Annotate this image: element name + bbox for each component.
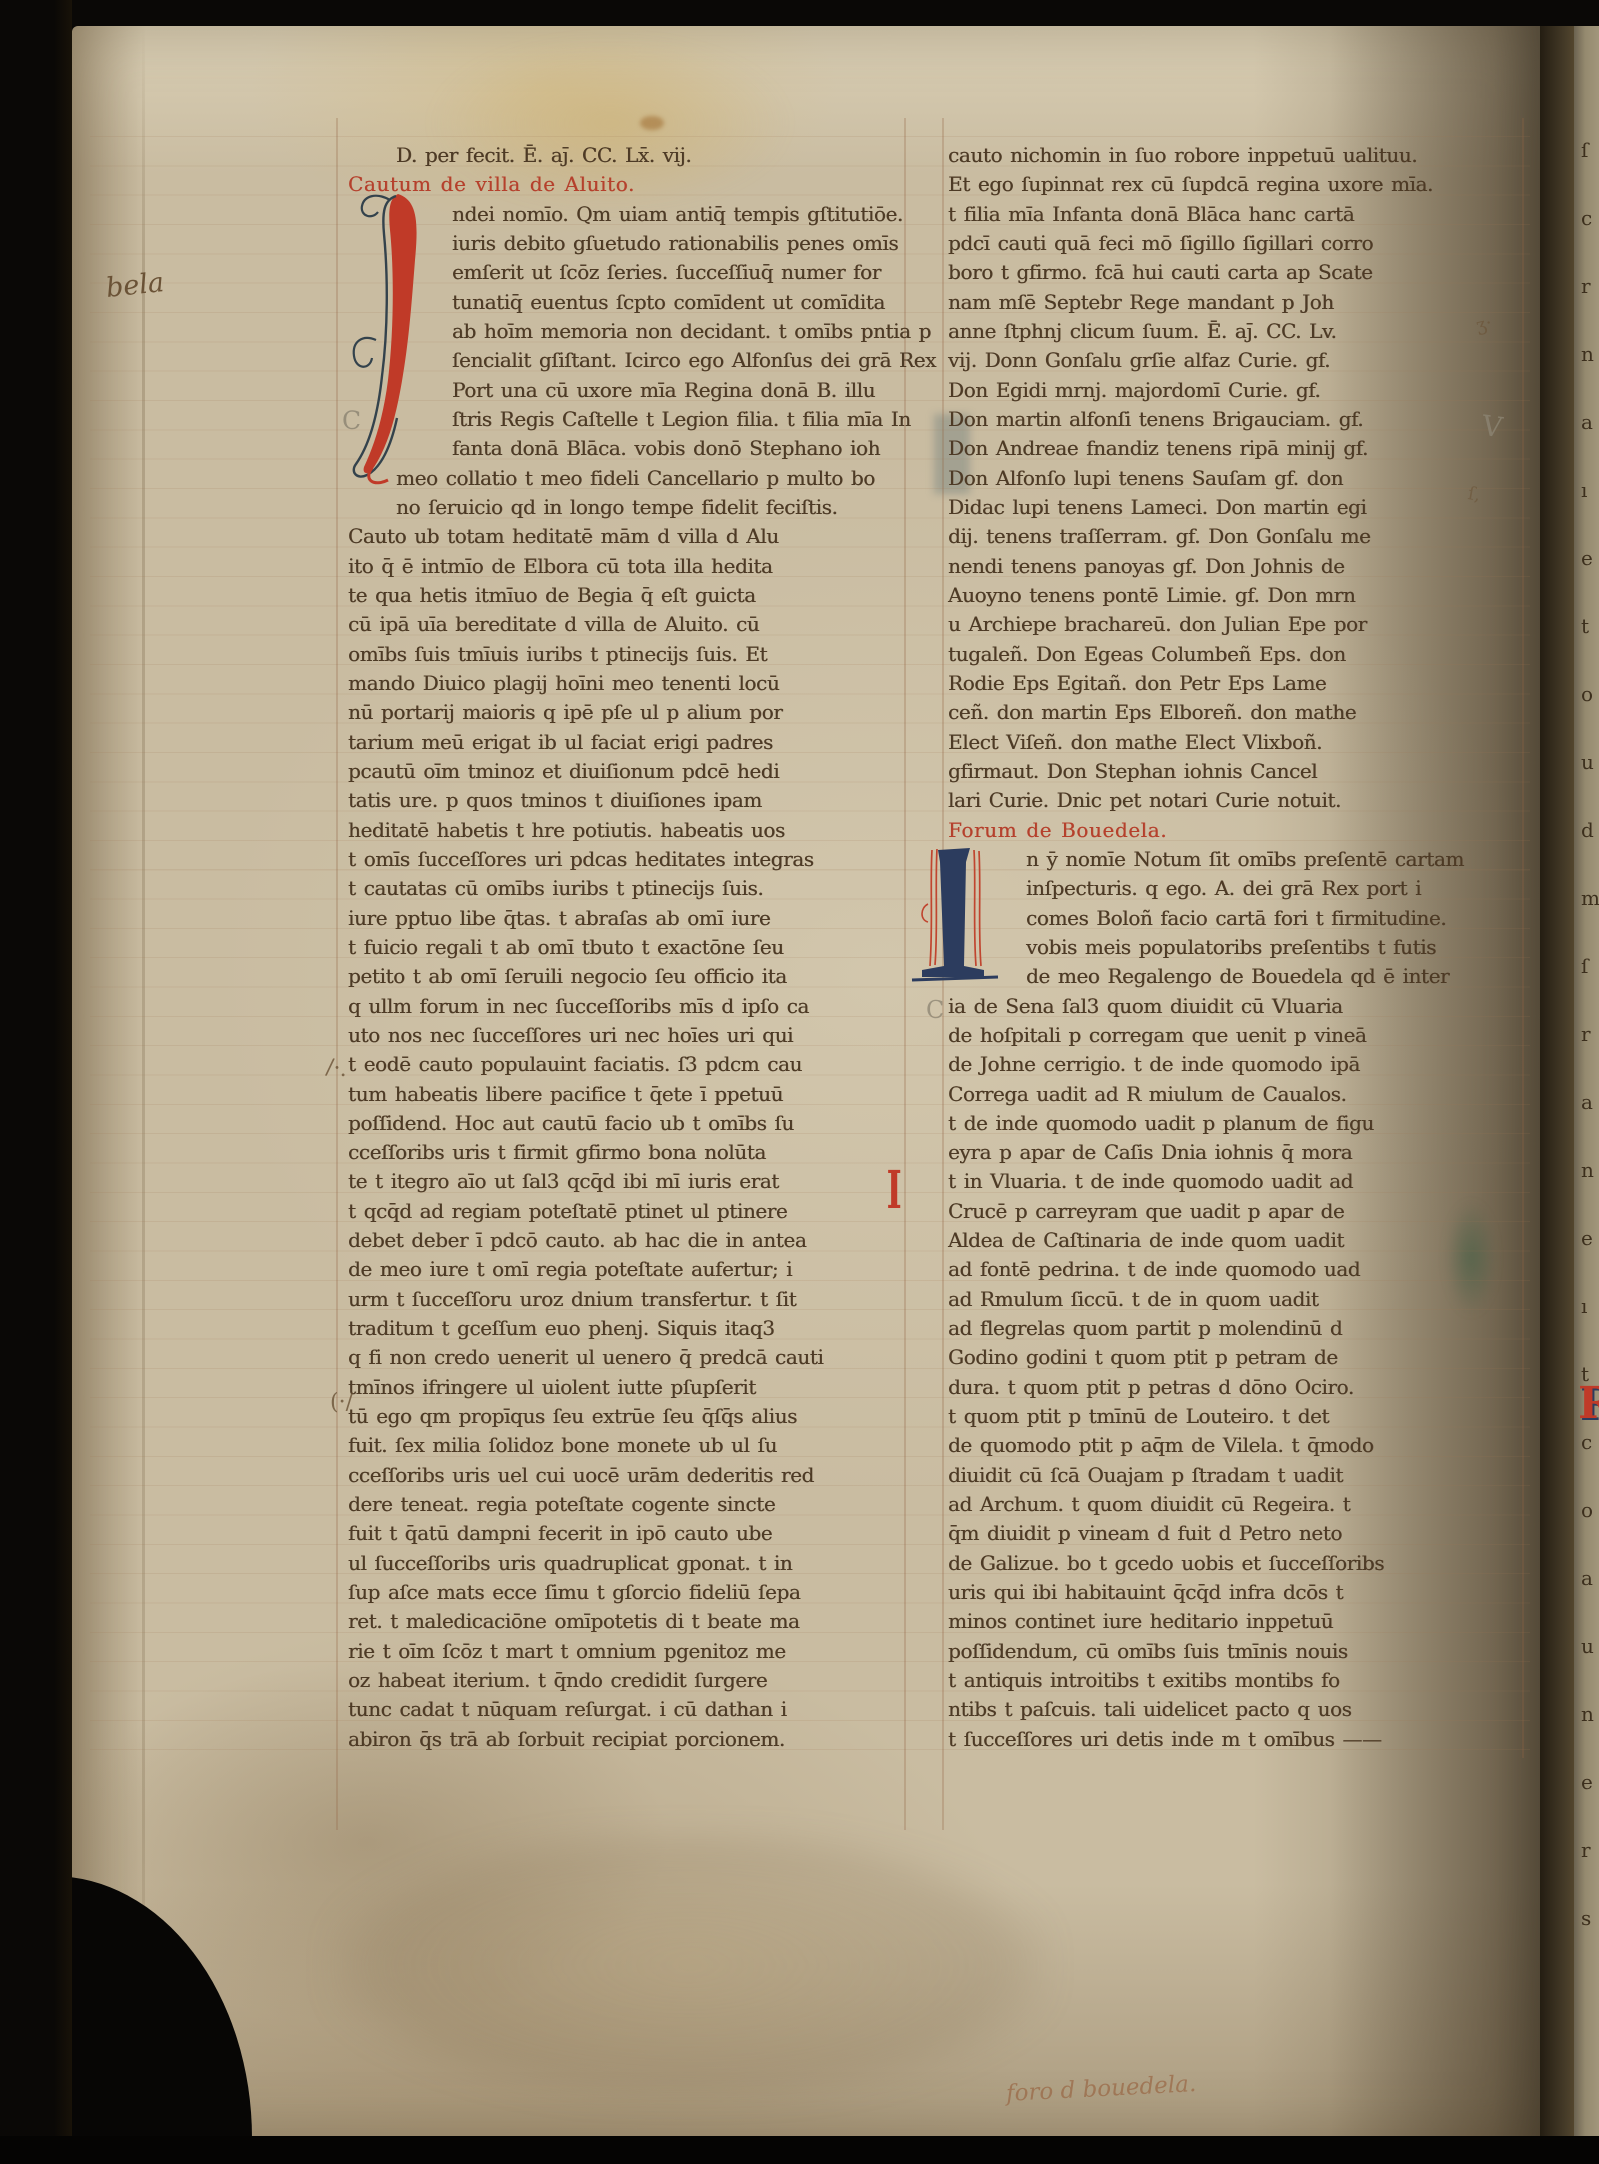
manuscript-photo: D. per fecit. Ē. aj̄. CC. Lx̄. vij.Cautu… [0, 0, 1599, 2164]
edge-glyph-fragment: ſ [1574, 116, 1599, 184]
next-folio-initial: R [1578, 1378, 1599, 1429]
decorated-initial-I-red [346, 190, 448, 492]
manuscript-line: Elect Viſeñ. don mathe Elect Vlixboñ. [948, 728, 1526, 757]
manuscript-line: vobis meis populatoribs preſentibs t fut… [948, 933, 1526, 962]
manuscript-line: comes Boloñ facio cartā fori t firmitudi… [948, 904, 1526, 933]
margin-note-bela: bela [105, 267, 166, 304]
edge-glyph-fragment: u [1574, 728, 1599, 796]
edge-glyph-fragment: u [1574, 1612, 1599, 1680]
edge-glyph-fragment: r [1574, 1000, 1599, 1068]
manuscript-line: te t itegro aīo ut ſal3 qcq̄d ibi mī iur… [348, 1167, 908, 1196]
column-rule-left-outer [336, 118, 338, 1830]
manuscript-line: heditatē habetis t hre potiutis. habeati… [348, 816, 908, 845]
edge-glyph-fragment: n [1574, 1136, 1599, 1204]
edge-glyph-fragment: a [1574, 1544, 1599, 1612]
manuscript-line: u Archiepe brachareū. don Julian Epe por [948, 610, 1526, 639]
manuscript-line: Auoyno tenens pontē Limie. gf. Don mrn [948, 581, 1526, 610]
manuscript-line: de hoſpitali p corregam que uenit p vine… [948, 1021, 1526, 1050]
manuscript-line: boro t gfirmo. fcā hui cauti carta ap Sc… [948, 258, 1526, 287]
manuscript-line: ad fontē pedrina. t de inde quomodo uad [948, 1255, 1526, 1284]
edge-glyph-fragment: n [1574, 320, 1599, 388]
edge-glyph-fragment: s [1574, 1884, 1599, 1952]
manuscript-line: t cautatas cū omībs iuribs t ptinecijs ſ… [348, 874, 908, 903]
manuscript-line: fuit t q̄atū dampni fecerit in ipō cauto… [348, 1519, 908, 1548]
manuscript-line: Et ego ſupinnat rex cū ſupdcā regina uxo… [948, 170, 1526, 199]
manuscript-line: Crucē p carreyram que uadit p apar de [948, 1197, 1526, 1226]
edge-glyph-fragment: c [1574, 184, 1599, 252]
manuscript-line: rie t oīm ſcōz t mart t omnium pgenitoz … [348, 1637, 908, 1666]
manuscript-line: gfirmaut. Don Stephan iohnis Cancel [948, 757, 1526, 786]
manuscript-line: dij. tenens traſſerram. gf. Don Gonſalu … [948, 522, 1526, 551]
manuscript-line: Cauto ub totam heditatē mām d villa d Al… [348, 522, 908, 551]
manuscript-line: omībs ſuis tmīuis iuribs t ptinecijs ſui… [348, 640, 908, 669]
manuscript-line: mando Diuico plagij hoīni meo tenenti lo… [348, 669, 908, 698]
manuscript-line: cū ipā uīa bereditate d villa de Aluito.… [348, 610, 908, 639]
manuscript-line: ſup aſce mats ecce ſimu t gſorcio fideli… [348, 1578, 908, 1607]
manuscript-line: inſpecturis. q ego. A. dei grā Rex port … [948, 874, 1526, 903]
edge-glyph-fragment: a [1574, 388, 1599, 456]
manuscript-line: Rodie Eps Egitañ. don Petr Eps Lame [948, 669, 1526, 698]
manuscript-line: oz habeat iterium. t q̄ndo credidit ſurg… [348, 1666, 908, 1695]
manuscript-line: iure pptuo libe q̄tas. t abraſas ab omī … [348, 904, 908, 933]
manuscript-line: ad Rmulum ſiccū. t de in quom uadit [948, 1285, 1526, 1314]
manuscript-line: cauto nichomin in ſuo robore inppetuū ua… [948, 141, 1526, 170]
manuscript-line: de meo iure t omī regia poteſtate aufert… [348, 1255, 908, 1284]
manuscript-line: abiron q̄s trā ab ſorbuit recipiat porci… [348, 1725, 908, 1754]
manuscript-line: urm t ſucceſſoru uroz dnium transfertur.… [348, 1285, 908, 1314]
manuscript-line: q ullm forum in nec ſucceſſoribs mīs d i… [348, 992, 908, 1021]
manuscript-line: poſſidendum, cū omībs ſuis tmīnis nouis [948, 1637, 1526, 1666]
manuscript-line: lari Curie. Dnic pet notari Curie notuit… [948, 786, 1526, 815]
edge-glyph-fragment: ı [1574, 1272, 1599, 1340]
manuscript-line: t quom ptit p tmīnū de Louteiro. t det [948, 1402, 1526, 1431]
manuscript-line: poſſidend. Hoc aut cautū facio ub t omīb… [348, 1109, 908, 1138]
manuscript-line: de Johne cerrigio. t de inde quomodo ipā [948, 1050, 1526, 1079]
manuscript-line: nū portarij maioris q ipē pſe ul p alium… [348, 698, 908, 727]
manuscript-line: Don Egidi mrnj. majordomī Curie. gf. [948, 376, 1526, 405]
manuscript-line: ul ſucceſſoribs uris quadruplicat gponat… [348, 1549, 908, 1578]
manuscript-line: de Galizue. bo t gcedo uobis et ſucceſſo… [948, 1549, 1526, 1578]
manuscript-line: Godino godini t quom ptit p petram de [948, 1343, 1526, 1372]
edge-glyph-fragment: e [1574, 1204, 1599, 1272]
edge-glyph-fragment: ſ [1574, 932, 1599, 1000]
photo-border-bottom [0, 2136, 1599, 2164]
manuscript-line: ret. t maledicaciōne omīpotetis di t bea… [348, 1607, 908, 1636]
manuscript-line: tum habeatis libere pacifice t q̄ete ī p… [348, 1080, 908, 1109]
manuscript-line: Correga uadit ad R miulum de Caualos. [948, 1080, 1526, 1109]
manuscript-line: t omīs ſucceſſores uri pdcas heditates i… [348, 845, 908, 874]
rubric-line: Forum de Bouedela. [948, 816, 1526, 845]
manuscript-line: Don martin alfonſi tenens Brigauciam. gf… [948, 405, 1526, 434]
manuscript-line: tatis ure. p quos tminos t diuiſiones ip… [348, 786, 908, 815]
manuscript-line: cceſſoribs uris t firmit gfirmo bona nol… [348, 1138, 908, 1167]
manuscript-line: uris qui ibi habitauint q̄cq̄d infra dcō… [948, 1578, 1526, 1607]
binding-gutter [1540, 26, 1576, 2138]
manuscript-line: pcautū oīm tminoz et diuiſionum pdcē hed… [348, 757, 908, 786]
manuscript-line: te qua hetis itmīuo de Begia q̄ eſt guic… [348, 581, 908, 610]
photo-border-top [0, 0, 1599, 26]
manuscript-line: diuidit cū ſcā Ouajam p ſtradam t uadit [948, 1461, 1526, 1490]
manuscript-line: tugaleñ. Don Egeas Columbeñ Eps. don [948, 640, 1526, 669]
edge-glyph-fragment: o [1574, 660, 1599, 728]
manuscript-line: tunc cadat t nūquam reſurgat. i cū datha… [348, 1695, 908, 1724]
manuscript-line: ad flegrelas quom partit p molendinū d [948, 1314, 1526, 1343]
edge-glyph-fragment: m [1574, 864, 1599, 932]
manuscript-line: dere teneat. regia poteſtate cogente sin… [348, 1490, 908, 1519]
edge-glyph-fragment: e [1574, 524, 1599, 592]
edge-glyph-fragment: a [1574, 1068, 1599, 1136]
manuscript-line: nendi tenens panoyas gf. Don Johnis de [948, 552, 1526, 581]
margin-paren-mark: (·/ [330, 1390, 353, 1415]
edge-glyph-fragment: e [1574, 1748, 1599, 1816]
manuscript-line: ceñ. don martin Eps Elboreñ. don mathe [948, 698, 1526, 727]
manuscript-line: de quomodo ptit p aq̄m de Vilela. t q̄mo… [948, 1431, 1526, 1460]
manuscript-line: t eodē cauto populauint faciatis. ſ3 pdc… [348, 1050, 908, 1079]
decorated-initial-I-blue [910, 844, 1002, 1000]
manuscript-line: Don Alfonſo lupi tenens Sauſam gf. don [948, 464, 1526, 493]
manuscript-line: t fuicio regali t ab omī tbuto t exactōn… [348, 933, 908, 962]
manuscript-line: q fi non credo uenerit ul uenero q̄ pred… [348, 1343, 908, 1372]
manuscript-line: debet deber ī pdcō cauto. ab hac die in … [348, 1226, 908, 1255]
manuscript-line: ito q̄ ē intmīo de Elbora cū tota illa h… [348, 552, 908, 581]
manuscript-line: t ſucceſſores uri detis inde m t omībus … [948, 1725, 1526, 1754]
manuscript-line: no ſeruicio qd in longo tempe fidelit fe… [348, 493, 908, 522]
manuscript-line: petito t ab omī ſeruili negocio ſeu offi… [348, 962, 908, 991]
plummet-letter-c-left: C [342, 406, 361, 435]
manuscript-line: ia de Sena ſal3 quom diuidit cū Vluaria [948, 992, 1526, 1021]
manuscript-line: uto nos nec ſucceſſores uri nec hoīes ur… [348, 1021, 908, 1050]
manuscript-line: q̄m diuidit p vineam d fuit d Petro neto [948, 1519, 1526, 1548]
edge-glyph-fragment: r [1574, 1816, 1599, 1884]
manuscript-line: nam mſē Septebr Rege mandant p Joh [948, 288, 1526, 317]
plummet-letter-c-right: C [926, 996, 944, 1024]
manuscript-line: D. per fecit. Ē. aj̄. CC. Lx̄. vij. [348, 141, 908, 170]
edge-glyph-fragment: r [1574, 252, 1599, 320]
manuscript-line: Don Andreae fnandiz tenens ripā minij gf… [948, 434, 1526, 463]
manuscript-line: tū ego qm propīqus ſeu extrūe ſeu q̄ſq̄s… [348, 1402, 908, 1431]
manuscript-line: traditum t gceſſum euo phenj. Siquis ita… [348, 1314, 908, 1343]
edge-glyph-fragment: ı [1574, 456, 1599, 524]
manuscript-line: dura. t quom ptit p petras d dōno Ociro. [948, 1373, 1526, 1402]
manuscript-line: t de inde quomodo uadit p planum de figu [948, 1109, 1526, 1138]
manuscript-line: vij. Donn Gonſalu grſie alfaz Curie. gf. [948, 346, 1526, 375]
manuscript-line: tmīnos ifringere ul uiolent iutte pſupſe… [348, 1373, 908, 1402]
small-initial-I-red: I [887, 1162, 902, 1220]
next-folio-edge: R ſcrnaıetoudmſraneıtcoauners [1574, 26, 1599, 2136]
edge-glyph-fragment: d [1574, 796, 1599, 864]
manuscript-line: pdcī cauti quā feci mō ſigillo ſigillari… [948, 229, 1526, 258]
manuscript-line: de meo Regalengo de Bouedela qd ē inter [948, 962, 1526, 991]
manuscript-line: t in Vluaria. t de inde quomodo uadit ad [948, 1167, 1526, 1196]
edge-glyph-fragment: n [1574, 1680, 1599, 1748]
margin-slash-mark: /·. [324, 1055, 349, 1083]
manuscript-line: n ȳ nomīe Notum ſit omībs preſentē carta… [948, 845, 1526, 874]
manuscript-line: t qcq̄d ad regiam poteſtatē ptinet ul pt… [348, 1197, 908, 1226]
manuscript-line: Aldea de Caſtinaria de inde quom uadit [948, 1226, 1526, 1255]
manuscript-line: anne ſtphnj clicum ſuum. Ē. aj̄. CC. Lv. [948, 317, 1526, 346]
manuscript-line: t antiquis introitibs t exitibs montibs … [948, 1666, 1526, 1695]
edge-glyph-fragment: t [1574, 592, 1599, 660]
manuscript-line: fuit. ſex milia ſolidoz bone monete ub u… [348, 1431, 908, 1460]
manuscript-line: ad Archum. t quom diuidit cū Regeira. t [948, 1490, 1526, 1519]
manuscript-line: cceſſoribs uris uel cui uocē urām dederi… [348, 1461, 908, 1490]
photo-border-left [0, 0, 72, 2164]
manuscript-line: Didac lupi tenens Lameci. Don martin egi [948, 493, 1526, 522]
manuscript-line: t filia mīa Infanta donā Blāca hanc cart… [948, 200, 1526, 229]
manuscript-line: tarium meū erigat ib ul faciat erigi pad… [348, 728, 908, 757]
edge-glyph-fragment: o [1574, 1476, 1599, 1544]
manuscript-line: ntibs t paſcuis. tali uidelicet pacto q … [948, 1695, 1526, 1724]
manuscript-line: minos continet iure heditario inppetuū [948, 1607, 1526, 1636]
manuscript-line: eyra p apar de Caſis Dnia iohnis q̄ mora [948, 1138, 1526, 1167]
right-text-column: cauto nichomin in ſuo robore inppetuū ua… [948, 141, 1526, 1754]
